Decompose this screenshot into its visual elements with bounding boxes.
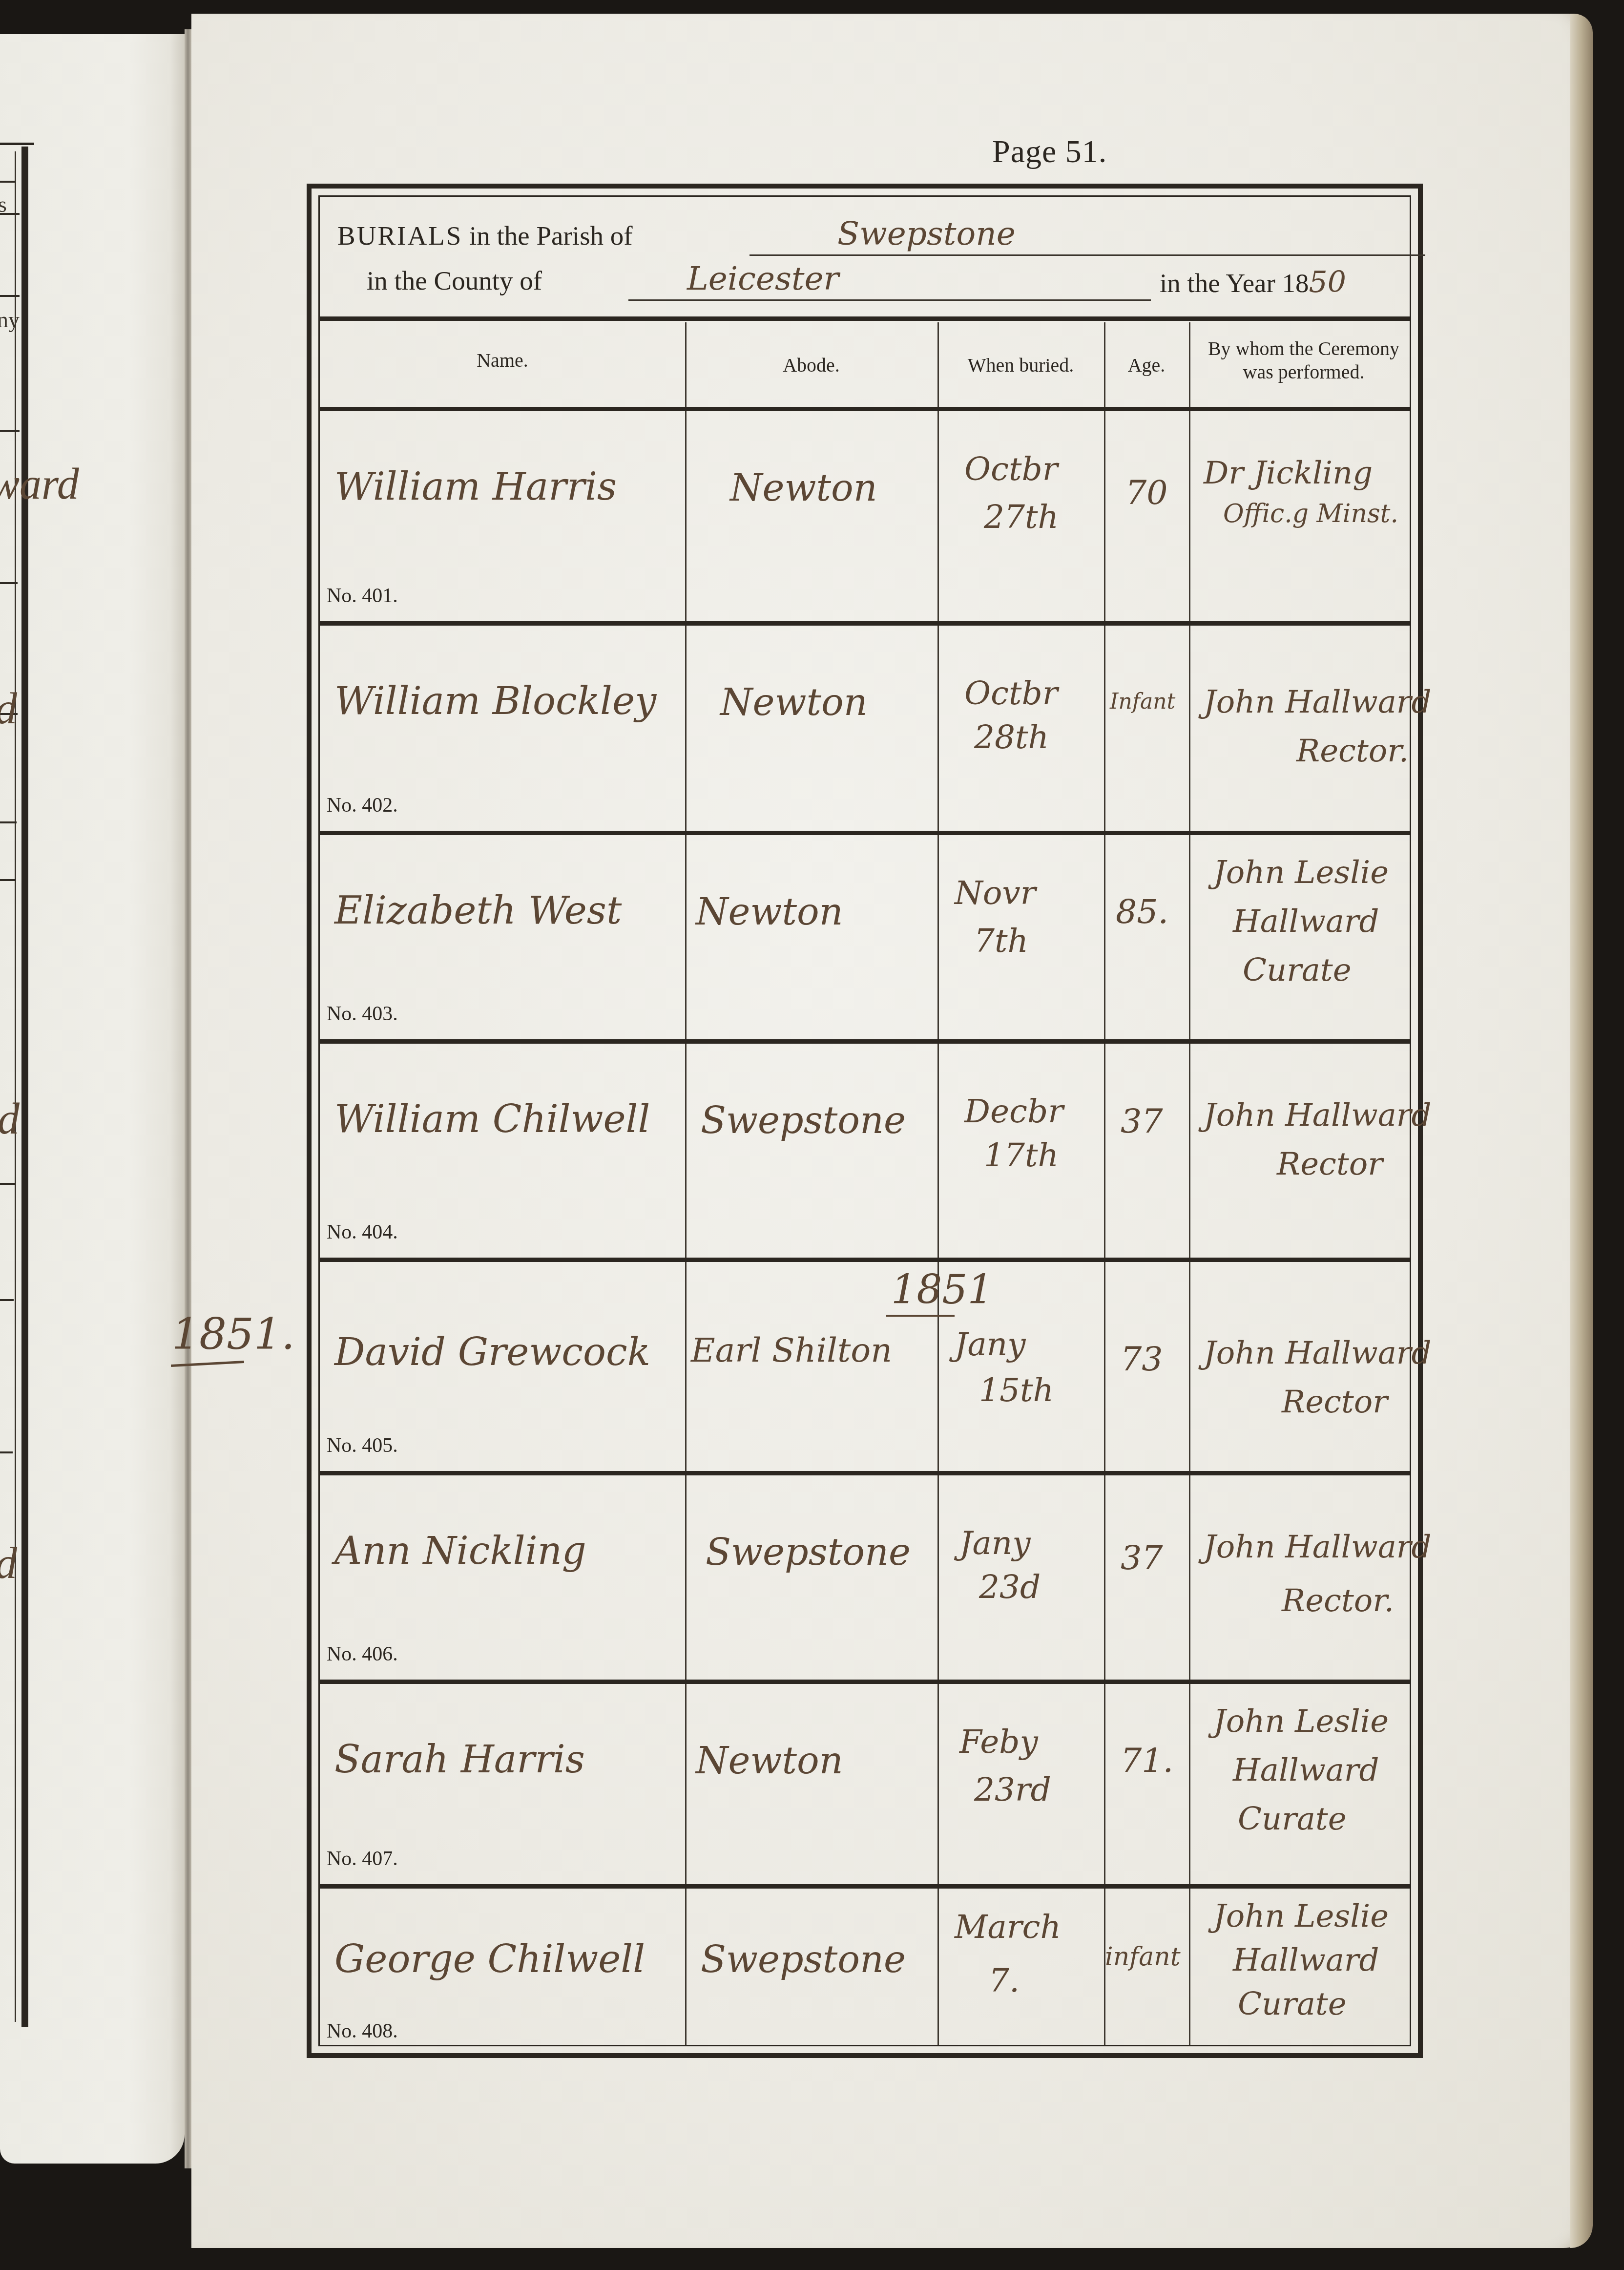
left-page-rule [0, 1183, 15, 1185]
entry-burial-day: 28th [974, 718, 1049, 756]
year-marker-underline [886, 1315, 955, 1317]
left-page-rule [0, 1451, 13, 1453]
entry-abode: Newton [730, 466, 877, 509]
left-page-rule [0, 821, 17, 823]
entry-abode: Swepstone [706, 1530, 911, 1574]
entry-burial-day: 23d [979, 1568, 1041, 1606]
entry-name: Ann Nickling [334, 1529, 586, 1573]
left-page-rule [0, 582, 18, 584]
entry-name: William Blockley [334, 679, 656, 723]
entry-officiant-line2: Offic.g Minst. [1223, 499, 1398, 528]
entry-name: William Harris [334, 465, 617, 509]
column-header-officiant-line2: was performed. [1189, 360, 1418, 384]
left-page-handwriting-fragment: ward [0, 459, 79, 509]
entry-name: William Chilwell [334, 1097, 650, 1141]
column-header-officiant-line1: By whom the Ceremony [1189, 337, 1418, 360]
entry-burial-day: 7th [974, 922, 1028, 960]
entry-abode: Newton [696, 1739, 843, 1782]
register-title-line-1: BURIALS in the Parish of [337, 220, 633, 251]
entry-name: David Grewcock [334, 1330, 650, 1374]
register-entry-403: Elizabeth West No. 403. Newton Novr 7th … [320, 835, 1410, 1039]
entry-age: 37 [1121, 1539, 1163, 1577]
entry-officiant-line2: Rector. [1296, 733, 1409, 769]
entry-officiant-line2: Rector [1277, 1146, 1383, 1182]
register-entry-404: William Chilwell No. 404. Swepstone Decb… [320, 1044, 1410, 1258]
entry-number: No. 406. [327, 1642, 398, 1666]
entry-number: No. 408. [327, 2019, 398, 2043]
entry-burial-day: 17th [984, 1136, 1059, 1174]
margin-year-note: 1851. [172, 1309, 295, 1359]
header-bottom-rule [320, 407, 1410, 411]
entry-abode: Newton [696, 890, 843, 933]
entry-abode: Earl Shilton [691, 1331, 892, 1370]
entry-officiant-line2: Hallward [1233, 1752, 1379, 1788]
entry-officiant-line1: John Hallward [1204, 1335, 1431, 1371]
left-page-rule [0, 430, 20, 432]
column-header-when-buried: When buried. [937, 354, 1104, 377]
entry-burial-day: 27th [984, 498, 1059, 536]
row-divider [320, 1471, 1410, 1475]
burial-register: BURIALS in the Parish of Swepstone in th… [307, 184, 1423, 2058]
left-page-border-thick [21, 147, 28, 2027]
register-title-burials: BURIALS [337, 221, 462, 251]
entry-name: George Chilwell [334, 1937, 645, 1981]
row-divider [320, 1039, 1410, 1044]
title-bottom-rule [320, 316, 1410, 321]
entry-officiant-line2: Rector. [1282, 1583, 1394, 1619]
entry-number: No. 402. [327, 794, 398, 817]
entry-officiant-line1: John Leslie [1213, 1898, 1389, 1934]
left-page-handwriting-fragment: ld [0, 1094, 20, 1144]
entry-officiant-line3: Curate [1243, 952, 1352, 988]
left-page-fragment: s ny ward d ld d [0, 34, 185, 2164]
entry-burial-month: Octbr [964, 450, 1058, 488]
left-page-rule [0, 295, 20, 297]
left-page-rule [0, 213, 20, 215]
left-page-handwriting-fragment: d [0, 1538, 17, 1589]
year-suffix-value: 50 [1309, 265, 1346, 299]
entry-officiant-line1: John Hallward [1204, 1529, 1431, 1565]
register-header-row: Name. Abode. When buried. Age. By whom t… [320, 322, 1410, 410]
entry-age: Infant [1110, 689, 1175, 714]
entry-burial-month: Novr [955, 874, 1036, 912]
entry-officiant-line1: John Leslie [1213, 1703, 1389, 1740]
entry-burial-day: 7. [989, 1962, 1020, 1999]
year-marker-1851: 1851 [891, 1267, 993, 1313]
parish-value: Swepstone [837, 215, 1016, 252]
entry-age: 71. [1121, 1742, 1173, 1780]
entry-age: infant [1105, 1942, 1181, 1972]
page-number: Page 51. [992, 133, 1107, 170]
register-entry-407: Sarah Harris No. 407. Newton Feby 23rd 7… [320, 1684, 1410, 1884]
entry-name: Sarah Harris [334, 1738, 585, 1782]
entry-age: 70 [1125, 474, 1168, 512]
register-title-block: BURIALS in the Parish of Swepstone in th… [320, 197, 1410, 318]
column-header-age: Age. [1104, 354, 1189, 377]
left-page-handwriting-fragment: d [0, 684, 17, 734]
column-header-name: Name. [320, 349, 685, 372]
entry-burial-day: 15th [979, 1371, 1054, 1409]
left-page-rule [0, 181, 15, 183]
left-page-printed-fragment: ny [0, 307, 20, 333]
entry-burial-day: 23rd [974, 1771, 1051, 1808]
register-entry-401: William Harris No. 401. Newton Octbr 27t… [320, 411, 1410, 621]
row-divider [320, 1258, 1410, 1262]
entry-name: Elizabeth West [334, 889, 622, 933]
entry-abode: Swepstone [701, 1937, 906, 1981]
register-entry-405: 1851 David Grewcock No. 405. Earl Shilto… [320, 1262, 1410, 1471]
left-page-top-rule [0, 143, 34, 145]
column-header-officiant: By whom the Ceremony was performed. [1189, 337, 1418, 384]
entry-burial-month: Decbr [964, 1093, 1063, 1130]
entry-number: No. 405. [327, 1434, 398, 1457]
county-value: Leicester [687, 260, 839, 297]
entry-burial-month: March [955, 1908, 1061, 1946]
row-divider [320, 621, 1410, 626]
page-edge [1570, 14, 1593, 2248]
left-page-rule [0, 879, 16, 881]
entry-number: No. 403. [327, 1002, 398, 1026]
register-inner-border: BURIALS in the Parish of Swepstone in th… [318, 195, 1411, 2046]
entry-burial-month: Jany [955, 1325, 1026, 1363]
county-field: Leicester [628, 261, 1151, 301]
left-page-rule [0, 1299, 14, 1301]
year-label: in the Year 1850 [1160, 265, 1346, 299]
row-divider [320, 1680, 1410, 1684]
entry-burial-month: Jany [959, 1524, 1031, 1562]
entry-officiant-line3: Curate [1238, 1986, 1347, 2022]
entry-burial-month: Octbr [964, 674, 1058, 712]
row-divider [320, 831, 1410, 835]
parish-field: Swepstone [750, 220, 1425, 256]
entry-age: 37 [1121, 1102, 1163, 1141]
entry-officiant-line1: John Hallward [1204, 684, 1431, 720]
entry-number: No. 404. [327, 1220, 398, 1244]
register-entry-402: William Blockley No. 402. Newton Octbr 2… [320, 626, 1410, 831]
entry-officiant-line2: Rector [1282, 1384, 1388, 1420]
entry-age: 85. [1116, 893, 1168, 931]
register-entry-408: George Chilwell No. 408. Swepstone March… [320, 1889, 1410, 2045]
entry-officiant-line1: John Leslie [1213, 855, 1389, 891]
entry-abode: Newton [720, 680, 868, 724]
entry-burial-month: Feby [959, 1723, 1038, 1761]
entry-abode: Swepstone [701, 1098, 906, 1142]
register-entry-406: Ann Nickling No. 406. Swepstone Jany 23d… [320, 1475, 1410, 1680]
left-page-border-thin [15, 151, 16, 2022]
entry-officiant-line2: Hallward [1233, 1942, 1379, 1978]
row-divider [320, 1884, 1410, 1889]
entry-age: 73 [1121, 1340, 1163, 1379]
entry-officiant-line3: Curate [1238, 1801, 1347, 1837]
book-gutter [185, 29, 191, 2168]
entry-officiant-line1: Dr Jickling [1204, 455, 1373, 491]
entry-number: No. 401. [327, 584, 398, 608]
column-header-abode: Abode. [685, 354, 937, 377]
entry-officiant-line1: John Hallward [1204, 1097, 1431, 1134]
parish-label: in the Parish of [469, 221, 633, 251]
county-label: in the County of [367, 265, 542, 296]
entry-officiant-line2: Hallward [1233, 904, 1379, 940]
entry-number: No. 407. [327, 1847, 398, 1871]
year-label-text: in the Year 18 [1160, 268, 1309, 298]
